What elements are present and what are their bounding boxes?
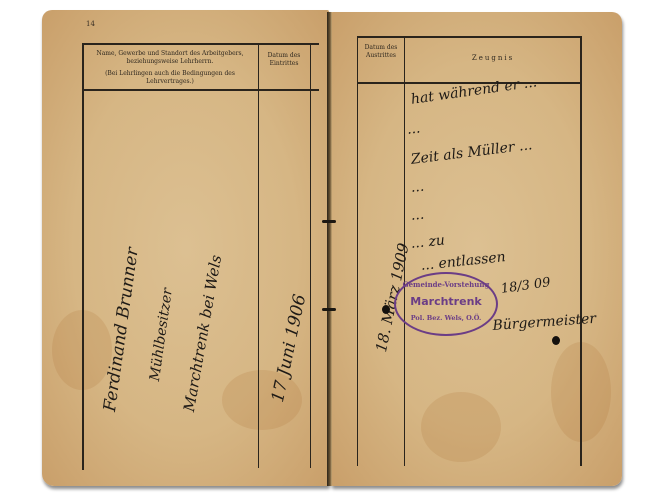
header-exit-date: Datum des Austrittes: [358, 44, 404, 60]
binding-stitch: [322, 308, 336, 311]
ink-blot: [382, 305, 390, 314]
table-rule: [357, 36, 581, 38]
table-rule: [310, 43, 311, 468]
table-rule: [82, 89, 319, 91]
header-employer-note: (Bei Lehrlingen auch die Bedingungen des…: [86, 70, 254, 86]
stamp-bottom-text: Pol. Bez. Wels, O.Ö.: [396, 314, 496, 322]
table-rule: [258, 43, 259, 468]
book-spine: [327, 12, 332, 486]
testimonial-line: ...: [410, 207, 425, 224]
testimonial-line: ...: [410, 179, 425, 196]
stain: [421, 392, 501, 462]
stamp-center-text: Marchtrenk: [396, 295, 496, 308]
table-rule: [82, 43, 319, 45]
header-employer: Name, Gewerbe und Standort des Arbeitgeb…: [86, 50, 254, 66]
table-rule: [357, 36, 358, 466]
header-entry-date: Datum des Eintrittes: [260, 52, 308, 68]
ink-blot: [552, 336, 560, 345]
page-number: 14: [86, 20, 95, 28]
testimonial-line: ...: [406, 120, 421, 138]
table-rule: [82, 43, 84, 470]
binding-stitch: [322, 220, 336, 223]
official-stamp: Gemeinde-Vorstehung Marchtrenk Pol. Bez.…: [394, 272, 498, 336]
stamp-top-text: Gemeinde-Vorstehung: [396, 280, 496, 289]
header-testimonial: Zeugnis: [406, 54, 580, 62]
table-rule: [580, 36, 582, 466]
